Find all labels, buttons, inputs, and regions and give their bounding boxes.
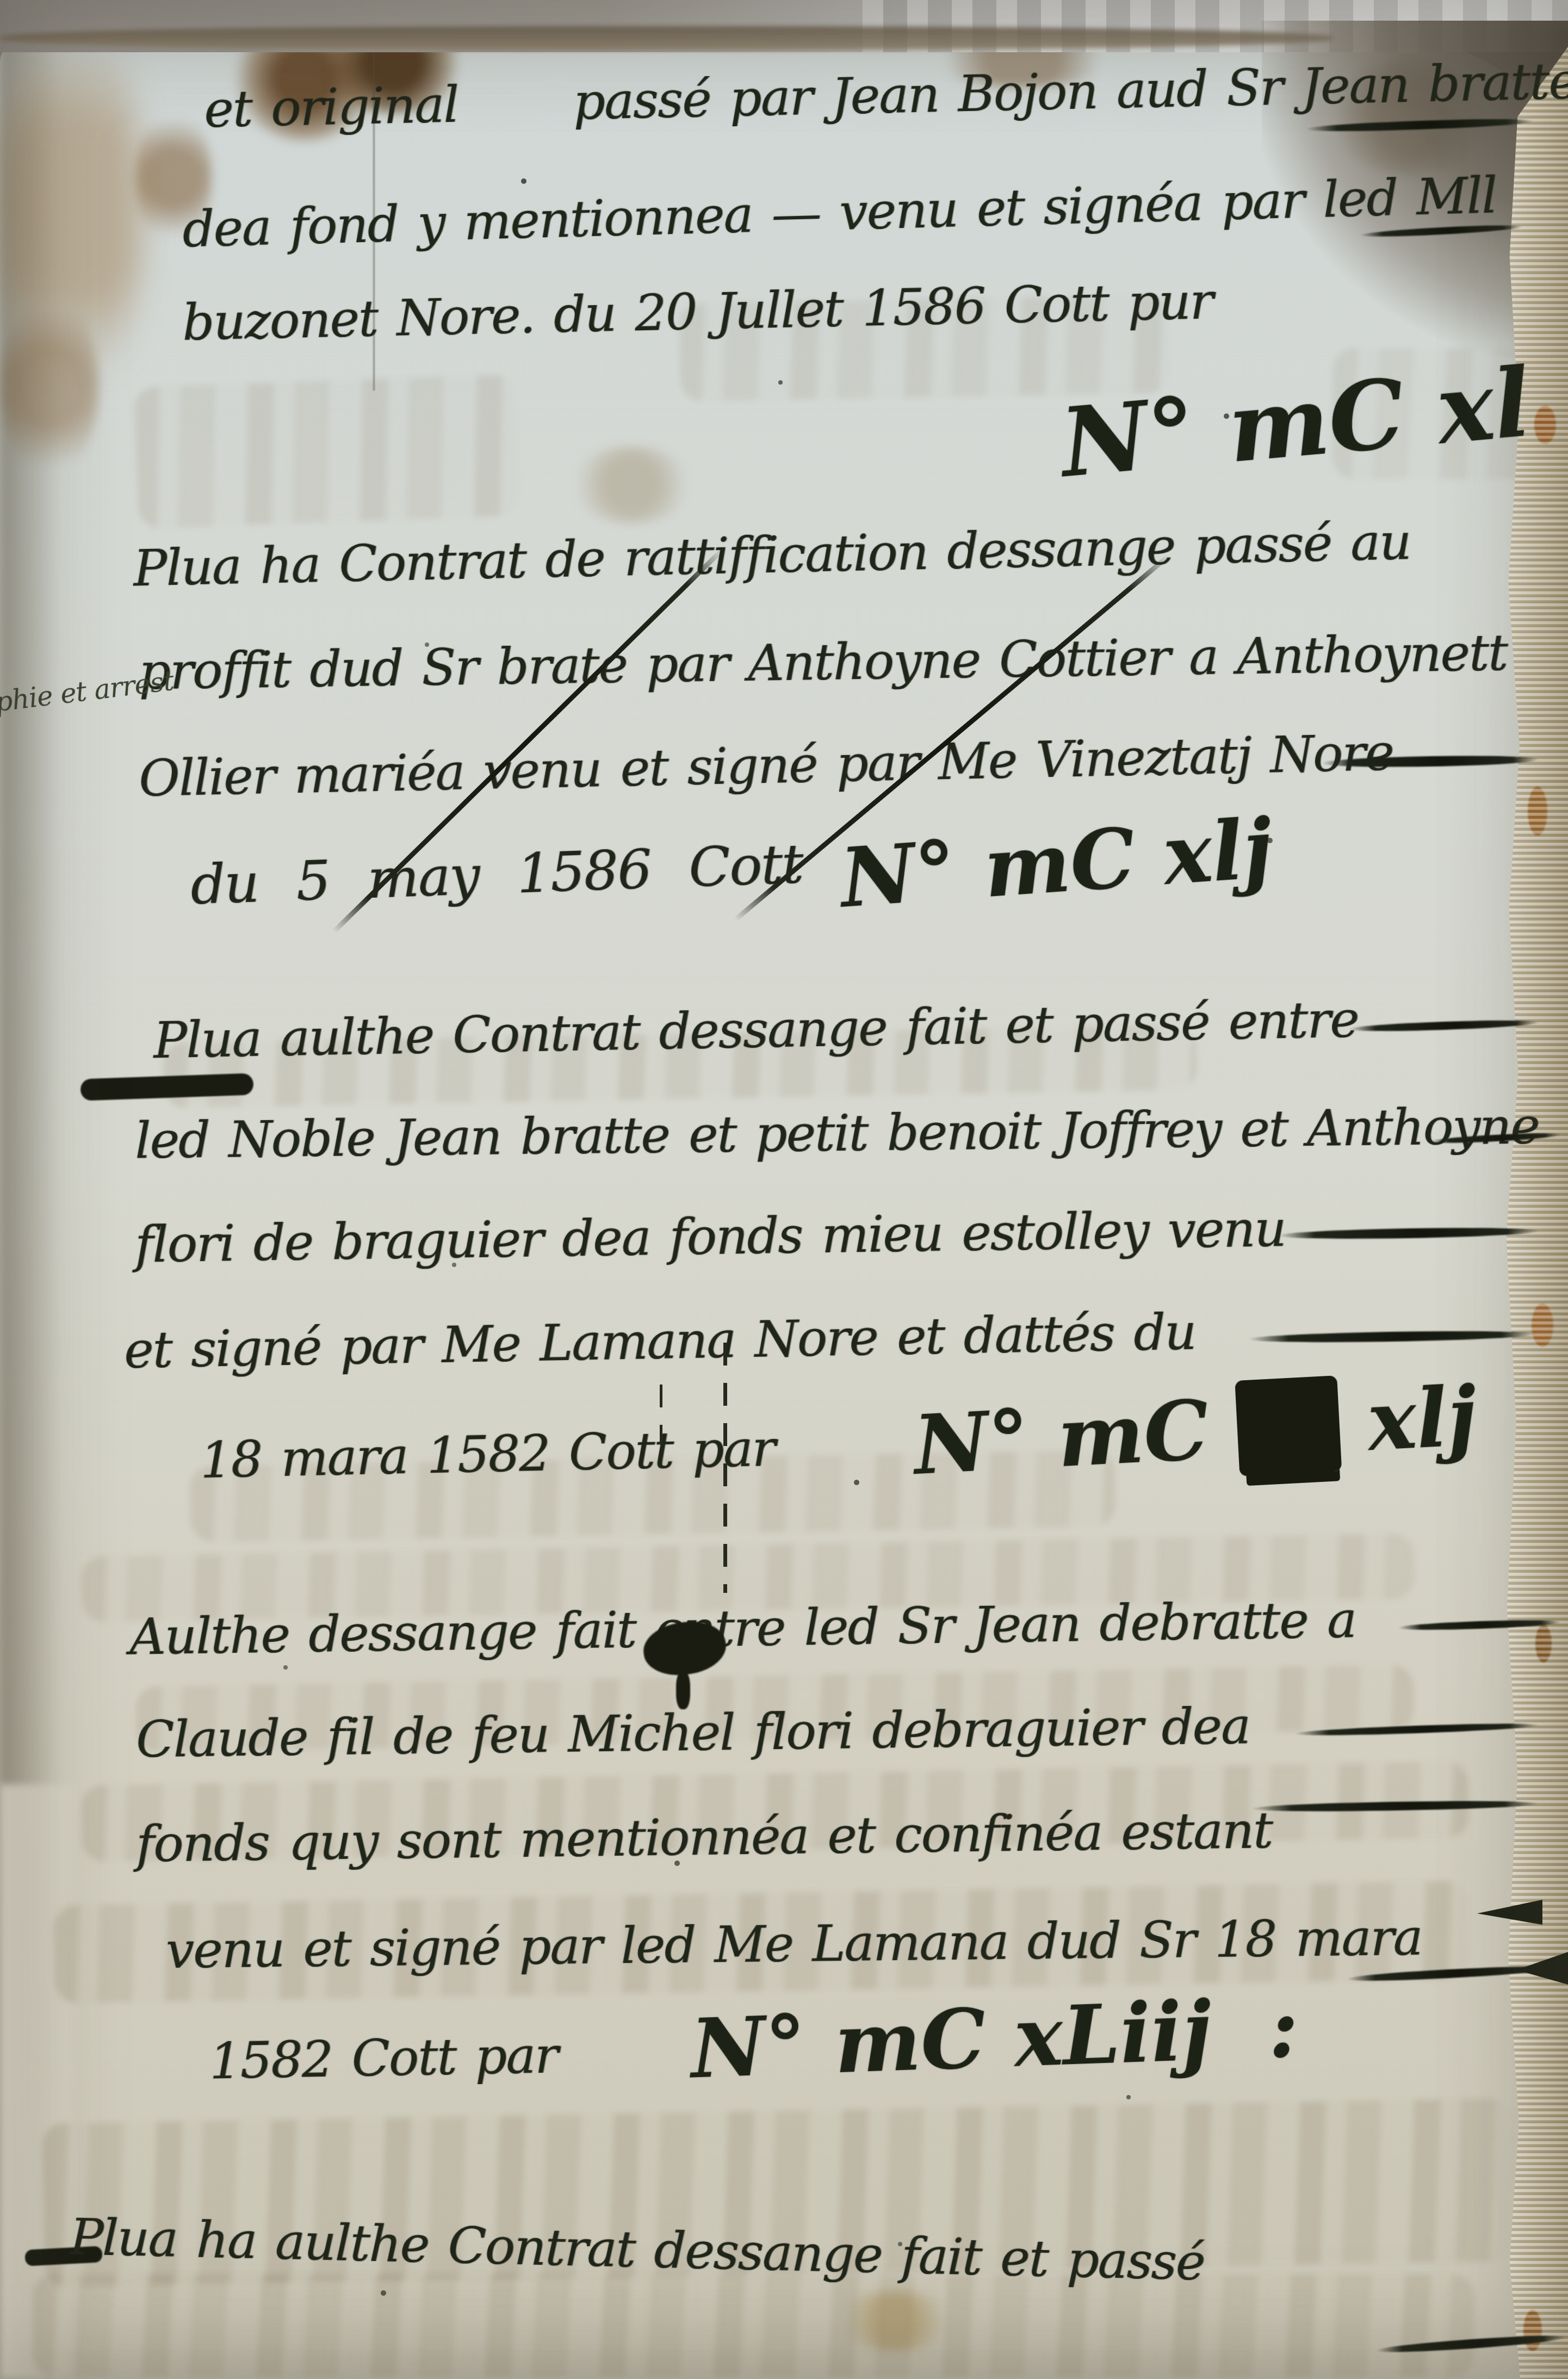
fore-edge-mark xyxy=(1528,787,1547,836)
folio-number: N° mC xLiij : xyxy=(690,1987,1300,2090)
bleedthrough-ghost xyxy=(134,374,519,529)
fore-edge-mark xyxy=(1532,1303,1553,1347)
bleedthrough-ghost xyxy=(33,2274,1474,2377)
paper-top-edge xyxy=(0,26,1333,50)
manuscript-line: Claude fil de feu Michel flori debraguie… xyxy=(136,1701,1250,1765)
manuscript-photo: et original passé par Jean Bojon aud Sr … xyxy=(0,0,1568,2379)
folio-number-prefix: N° mC xyxy=(912,1381,1239,1493)
manuscript-line: led Noble Jean bratte et petit benoit Jo… xyxy=(135,1101,1540,1166)
fore-edge-mark xyxy=(1534,406,1556,444)
paper-stain xyxy=(571,446,692,523)
struck-number: lij xyxy=(1235,1375,1342,1476)
ink-scratch xyxy=(660,1385,662,1444)
manuscript-line: flori de braguier dea fonds mieu estolle… xyxy=(134,1204,1286,1270)
manuscript-line: fonds quy sont mentionnéa et confinéa es… xyxy=(136,1806,1273,1870)
fore-edge-mark xyxy=(1523,2310,1542,2351)
manuscript-line: 18 mara 1582 Cott par xyxy=(200,1424,775,1486)
ink-scratch xyxy=(723,1343,727,1593)
folio-number-suffix: xlj xyxy=(1337,1368,1479,1471)
fore-edge-mark xyxy=(1535,1624,1552,1663)
manuscript-line: venu et signé par led Me Lamana dud Sr 1… xyxy=(166,1913,1422,1976)
paper-stain xyxy=(0,294,99,480)
manuscript-line: 1582 Cott par xyxy=(209,2030,558,2086)
